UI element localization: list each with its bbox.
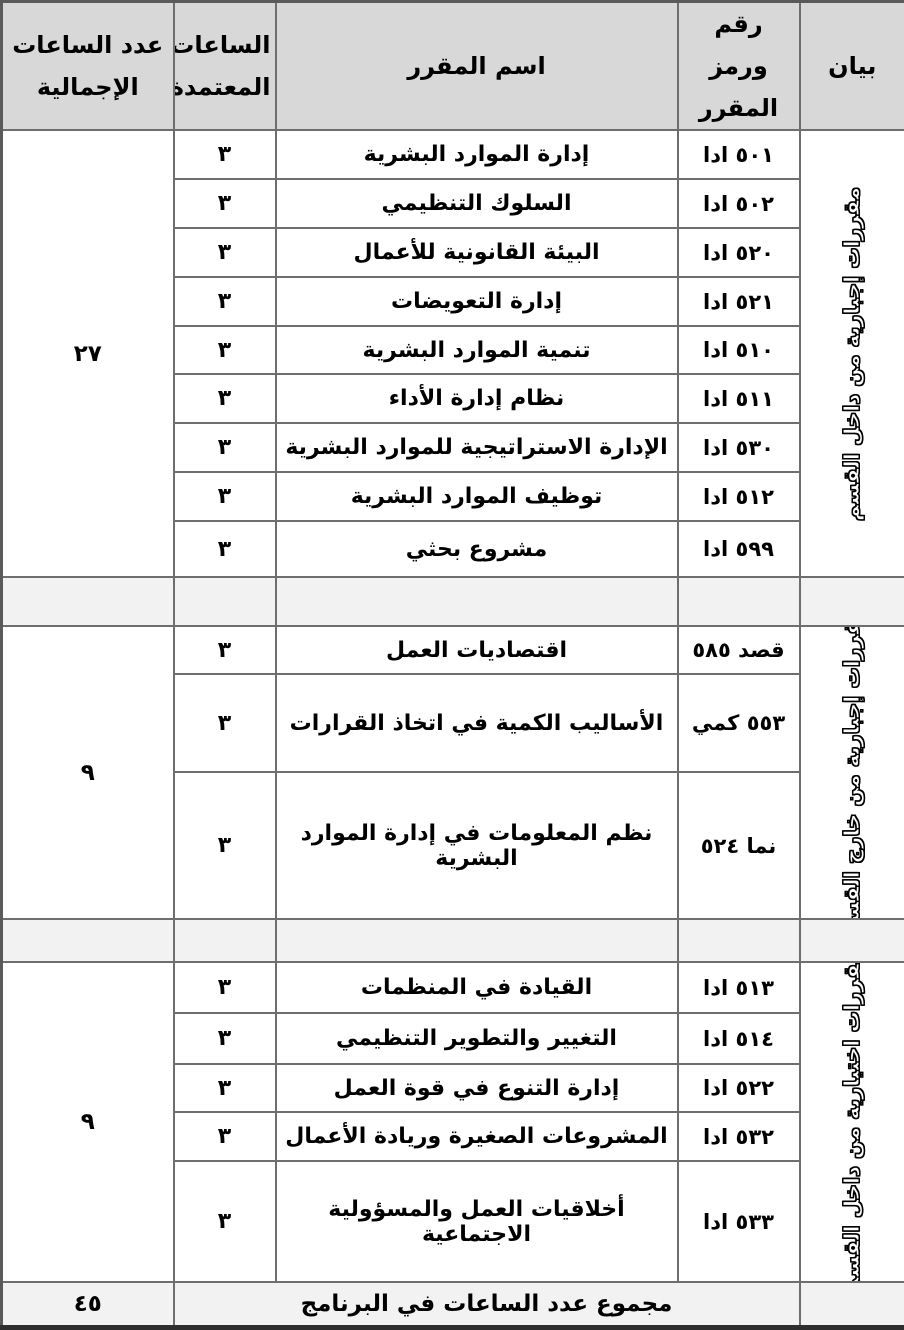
header-credit-hours-line2: المعتمدة [176,66,268,108]
credit-hours-cell: ٣ [171,674,273,772]
course-name-cell: توظيف الموارد البشرية [273,472,675,521]
program-total-row: مجموع عدد الساعات في البرنامج ٤٥ [0,1282,903,1327]
course-code-cell: ٥٥٣ كمي [675,674,797,772]
course-code-cell: ٥٣٣ ادا [675,1161,797,1282]
header-statement: بيان [797,2,903,131]
separator-cell [797,919,903,962]
course-name-cell: الأساليب الكمية في اتخاذ القرارات [273,674,675,772]
course-name-cell: البيئة القانونية للأعمال [273,228,675,277]
separator-cell [0,919,171,962]
section-2-label-cell: مقررات إجبارية من خارج القسم [797,626,903,919]
course-code-cell: ٥٣٠ ادا [675,423,797,472]
separator-cell [675,577,797,626]
course-code-cell: ٥٣٢ ادا [675,1112,797,1161]
course-row: مقررات اختيارية من داخل القسم ٥١٣ ادا ال… [0,962,903,1013]
header-total-hours: عدد الساعات الإجمالية [0,2,171,131]
section-3-label-rotated: مقررات اختيارية من داخل القسم [837,962,861,1282]
credit-hours-cell: ٣ [171,228,273,277]
course-code-cell: ٥١٣ ادا [675,962,797,1013]
course-code-cell: قصد ٥٨٥ [675,626,797,674]
section-1-label-cell: مقررات إجبارية من داخل القسم [797,130,903,577]
credit-hours-cell: ٣ [171,423,273,472]
separator-row [0,919,903,962]
section-1-total-cell: ٢٧ [0,130,171,577]
credit-hours-cell: ٣ [171,962,273,1013]
course-code-cell: ٥١٤ ادا [675,1013,797,1064]
course-name-cell: التغيير والتطوير التنظيمي [273,1013,675,1064]
course-code-cell: ٥١٢ ادا [675,472,797,521]
course-name-cell: المشروعات الصغيرة وريادة الأعمال [273,1112,675,1161]
section-2-total-cell: ٩ [0,626,171,919]
header-total-hours-line1: عدد الساعات [4,24,166,66]
course-code-cell: ٥٩٩ ادا [675,521,797,577]
credit-hours-cell: ٣ [171,472,273,521]
course-name-cell: إدارة الموارد البشرية [273,130,675,179]
course-name-cell: إدارة التنوع في قوة العمل [273,1064,675,1112]
course-code-cell: ٥٢١ ادا [675,277,797,326]
course-code-cell: نما ٥٢٤ [675,772,797,919]
program-total-label: مجموع عدد الساعات في البرنامج [171,1282,797,1327]
course-name-cell: اقتصاديات العمل [273,626,675,674]
credit-hours-cell: ٣ [171,130,273,179]
course-row: مقررات إجبارية من داخل القسم ٥٠١ ادا إدا… [0,130,903,179]
header-course-name: اسم المقرر [273,2,675,131]
section-2-label-rotated: مقررات إجبارية من خارج القسم [837,626,861,919]
separator-row [0,577,903,626]
separator-cell [797,577,903,626]
header-course-code-line1: رقم ورمز [680,3,792,87]
credit-hours-cell: ٣ [171,772,273,919]
section-3-label-cell: مقررات اختيارية من داخل القسم [797,962,903,1282]
course-code-cell: ٥٢٠ ادا [675,228,797,277]
curriculum-page: بيان رقم ورمز المقرر اسم المقرر الساعات … [0,0,904,1330]
credit-hours-cell: ٣ [171,374,273,423]
header-credit-hours-line1: الساعات [176,24,268,66]
separator-cell [273,919,675,962]
credit-hours-cell: ٣ [171,1064,273,1112]
credit-hours-cell: ٣ [171,1013,273,1064]
course-name-cell: مشروع بحثي [273,521,675,577]
separator-cell [171,577,273,626]
course-name-cell: إدارة التعويضات [273,277,675,326]
credit-hours-cell: ٣ [171,179,273,228]
credit-hours-cell: ٣ [171,521,273,577]
credit-hours-cell: ٣ [171,1161,273,1282]
course-code-cell: ٥٠٢ ادا [675,179,797,228]
curriculum-table: بيان رقم ورمز المقرر اسم المقرر الساعات … [0,0,904,1330]
section-3-total-cell: ٩ [0,962,171,1282]
credit-hours-cell: ٣ [171,1112,273,1161]
course-code-cell: ٥١٠ ادا [675,326,797,374]
course-code-cell: ٥١١ ادا [675,374,797,423]
separator-cell [171,919,273,962]
course-name-cell: نظم المعلومات في إدارة الموارد البشرية [273,772,675,919]
footer-statement-cell [797,1282,903,1327]
program-total-value: ٤٥ [0,1282,171,1327]
credit-hours-cell: ٣ [171,277,273,326]
header-statement-label: بيان [802,45,898,87]
separator-cell [0,577,171,626]
course-name-cell: السلوك التنظيمي [273,179,675,228]
credit-hours-cell: ٣ [171,626,273,674]
header-course-code: رقم ورمز المقرر [675,2,797,131]
course-code-cell: ٥٠١ ادا [675,130,797,179]
course-name-cell: تنمية الموارد البشرية [273,326,675,374]
course-code-cell: ٥٢٢ ادا [675,1064,797,1112]
course-name-cell: الإدارة الاستراتيجية للموارد البشرية [273,423,675,472]
header-course-code-line2: المقرر [680,87,792,129]
course-name-cell: نظام إدارة الأداء [273,374,675,423]
credit-hours-cell: ٣ [171,326,273,374]
header-course-name-label: اسم المقرر [278,45,670,87]
course-name-cell: أخلاقيات العمل والمسؤولية الاجتماعية [273,1161,675,1282]
header-total-hours-line2: الإجمالية [4,66,166,108]
course-name-cell: القيادة في المنظمات [273,962,675,1013]
header-row: بيان رقم ورمز المقرر اسم المقرر الساعات … [0,2,903,131]
separator-cell [675,919,797,962]
separator-cell [273,577,675,626]
course-row: مقررات إجبارية من خارج القسم قصد ٥٨٥ اقت… [0,626,903,674]
header-credit-hours: الساعات المعتمدة [171,2,273,131]
section-1-label-rotated: مقررات إجبارية من داخل القسم [837,186,861,520]
